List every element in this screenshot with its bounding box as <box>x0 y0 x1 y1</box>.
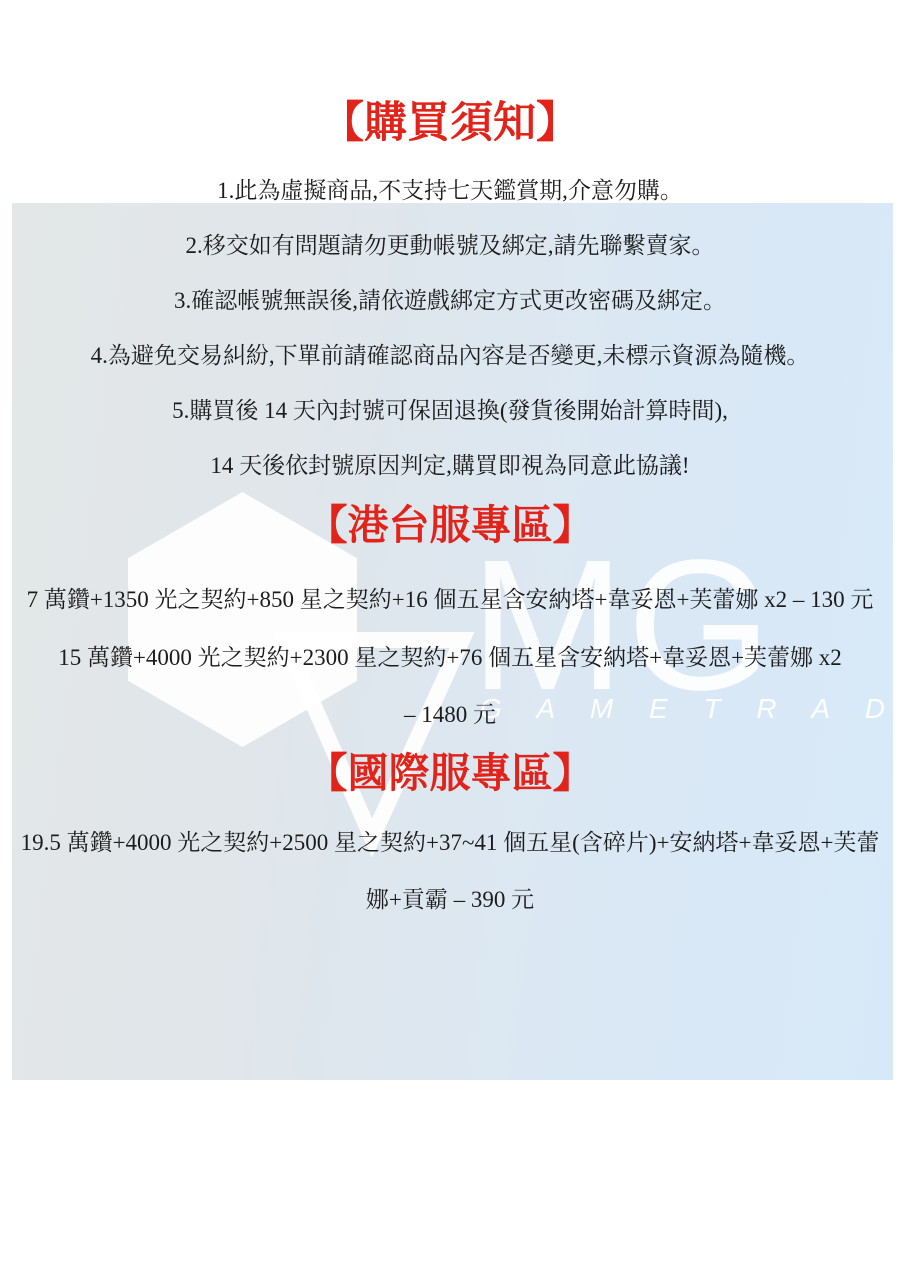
note-line-1: 1.此為虛擬商品,不支持七天鑑賞期,介意勿購。 <box>0 176 900 206</box>
note-line-3: 3.確認帳號無誤後,請依遊戲綁定方式更改密碼及綁定。 <box>0 286 900 316</box>
product-line-global-1: 19.5 萬鑽+4000 光之契約+2500 星之契約+37~41 個五星(含碎… <box>0 828 900 858</box>
section-heading-hktw: 【港台服專區】 <box>0 501 900 550</box>
product-line-hktw-1: 7 萬鑽+1350 光之契約+850 星之契約+16 個五星含安納塔+韋妥恩+芙… <box>0 585 900 615</box>
note-line-4: 4.為避免交易糾紛,下單前請確認商品內容是否變更,未標示資源為隨機。 <box>0 341 900 371</box>
note-line-2: 2.移交如有問題請勿更動帳號及綁定,請先聯繫賣家。 <box>0 231 900 261</box>
page-title: 【購買須知】 <box>0 98 900 150</box>
listing-notice-poster: { "doc": { "title": "【購買須知】", "notes": [… <box>0 0 900 1273</box>
section-heading-global: 【國際服專區】 <box>0 749 900 798</box>
product-line-global-1-price: 娜+貢霸 – 390 元 <box>0 885 900 915</box>
product-line-hktw-2: 15 萬鑽+4000 光之契約+2300 星之契約+76 個五星含安納塔+韋妥恩… <box>0 643 900 673</box>
note-line-5-continued: 14 天後依封號原因判定,購買即視為同意此協議! <box>0 451 900 481</box>
product-line-hktw-2-price: – 1480 元 <box>0 700 900 730</box>
content-panel: MG G A M E T R A D E <box>12 203 893 1080</box>
note-line-5: 5.購買後 14 天內封號可保固退換(發貨後開始計算時間), <box>0 396 900 426</box>
